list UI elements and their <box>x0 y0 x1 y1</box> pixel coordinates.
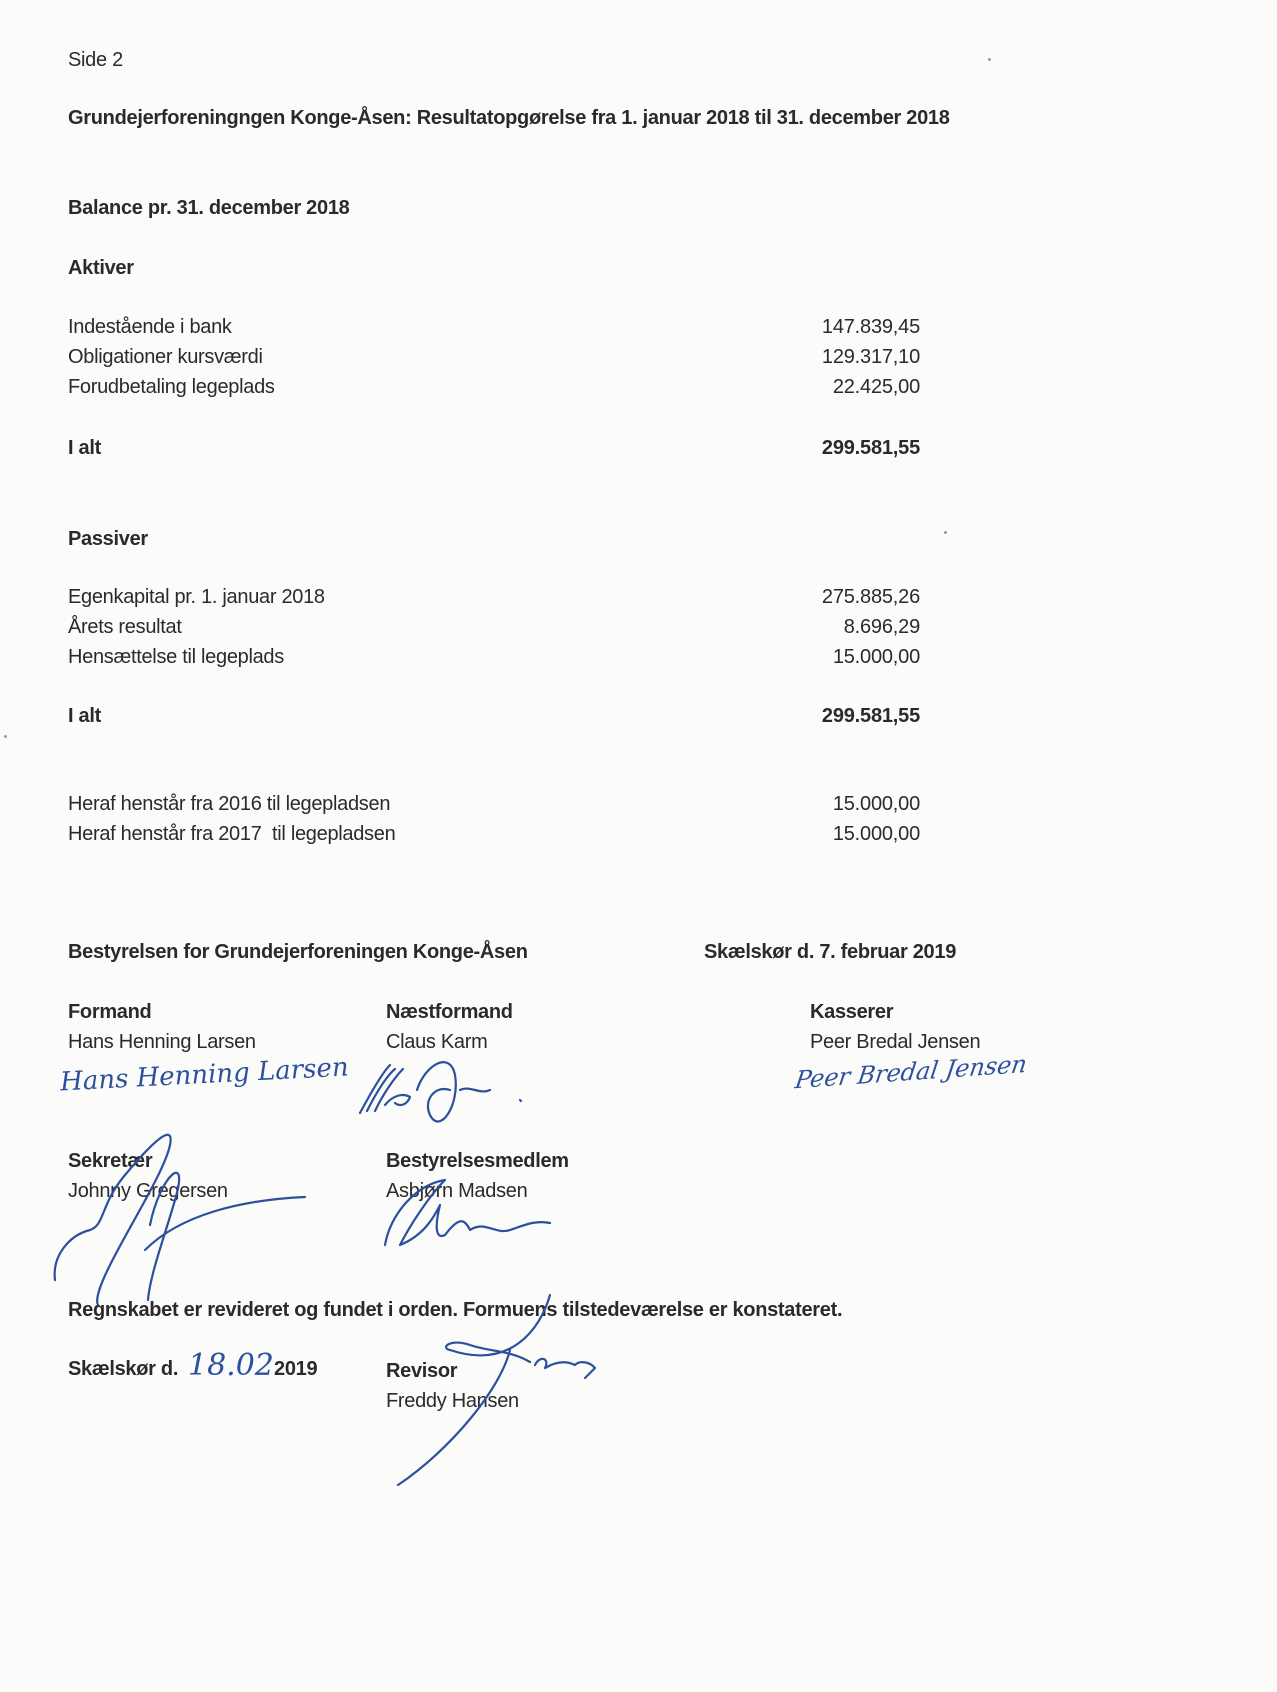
audit-name: Freddy Hansen <box>386 1389 519 1413</box>
role-formand: Formand <box>68 1000 151 1024</box>
aktiver-total-label: I alt <box>68 436 101 460</box>
board-heading: Bestyrelsen for Grundejerforeningen Kong… <box>68 940 528 964</box>
audit-place-prefix: Skælskør d. <box>68 1357 178 1381</box>
passiver-total-value: 299.581,55 <box>700 704 920 728</box>
scan-speck <box>944 531 947 534</box>
name-sekretaer: Johnny Gregersen <box>68 1179 228 1203</box>
aktiver-item-label: Forudbetaling legeplads <box>68 375 275 399</box>
audit-statement: Regnskabet er revideret og fundet i orde… <box>68 1298 842 1322</box>
passiver-item-value: 15.000,00 <box>700 645 920 669</box>
page-label: Side 2 <box>68 48 123 72</box>
passiver-item-label: Årets resultat <box>68 615 182 639</box>
role-kasserer: Kasserer <box>810 1000 893 1024</box>
role-naestformand: Næstformand <box>386 1000 513 1024</box>
audit-role: Revisor <box>386 1359 457 1383</box>
reserve-value: 15.000,00 <box>700 792 920 816</box>
signature-sekretaer <box>50 1115 320 1315</box>
board-place-date: Skælskør d. 7. februar 2019 <box>704 940 956 964</box>
signature-formand: Hans Henning Larsen <box>59 1052 349 1097</box>
name-kasserer: Peer Bredal Jensen <box>810 1030 980 1054</box>
signature-kasserer: Peer Bredal Jensen <box>793 1050 1029 1095</box>
reserve-label: Heraf henstår fra 2016 til legepladsen <box>68 792 390 816</box>
scan-speck <box>988 58 991 61</box>
balance-heading: Balance pr. 31. december 2018 <box>68 196 349 220</box>
role-bestyrelsesmedlem: Bestyrelsesmedlem <box>386 1149 569 1173</box>
passiver-item-value: 8.696,29 <box>700 615 920 639</box>
passiver-item-label: Egenkapital pr. 1. januar 2018 <box>68 585 325 609</box>
aktiver-heading: Aktiver <box>68 256 134 280</box>
passiver-item-label: Hensættelse til legeplads <box>68 645 284 669</box>
aktiver-item-value: 147.839,45 <box>700 315 920 339</box>
aktiver-item-label: Indestående i bank <box>68 315 232 339</box>
audit-handwritten-date: 18.02 <box>188 1348 274 1383</box>
name-bestyrelsesmedlem: Asbjørn Madsen <box>386 1179 527 1203</box>
passiver-total-label: I alt <box>68 704 101 728</box>
document-title: Grundejerforeningngen Konge-Åsen: Result… <box>68 106 950 130</box>
signature-naestformand <box>355 1045 555 1135</box>
aktiver-item-value: 22.425,00 <box>700 375 920 399</box>
aktiver-item-value: 129.317,10 <box>700 345 920 369</box>
name-formand: Hans Henning Larsen <box>68 1030 256 1054</box>
audit-year: 2019 <box>274 1357 317 1381</box>
name-naestformand: Claus Karm <box>386 1030 487 1054</box>
aktiver-total-value: 299.581,55 <box>700 436 920 460</box>
scan-speck <box>4 735 7 738</box>
role-sekretaer: Sekretær <box>68 1149 152 1173</box>
reserve-label: Heraf henstår fra 2017 til legepladsen <box>68 822 395 846</box>
reserve-value: 15.000,00 <box>700 822 920 846</box>
passiver-heading: Passiver <box>68 527 148 551</box>
aktiver-item-label: Obligationer kursværdi <box>68 345 263 369</box>
passiver-item-value: 275.885,26 <box>700 585 920 609</box>
